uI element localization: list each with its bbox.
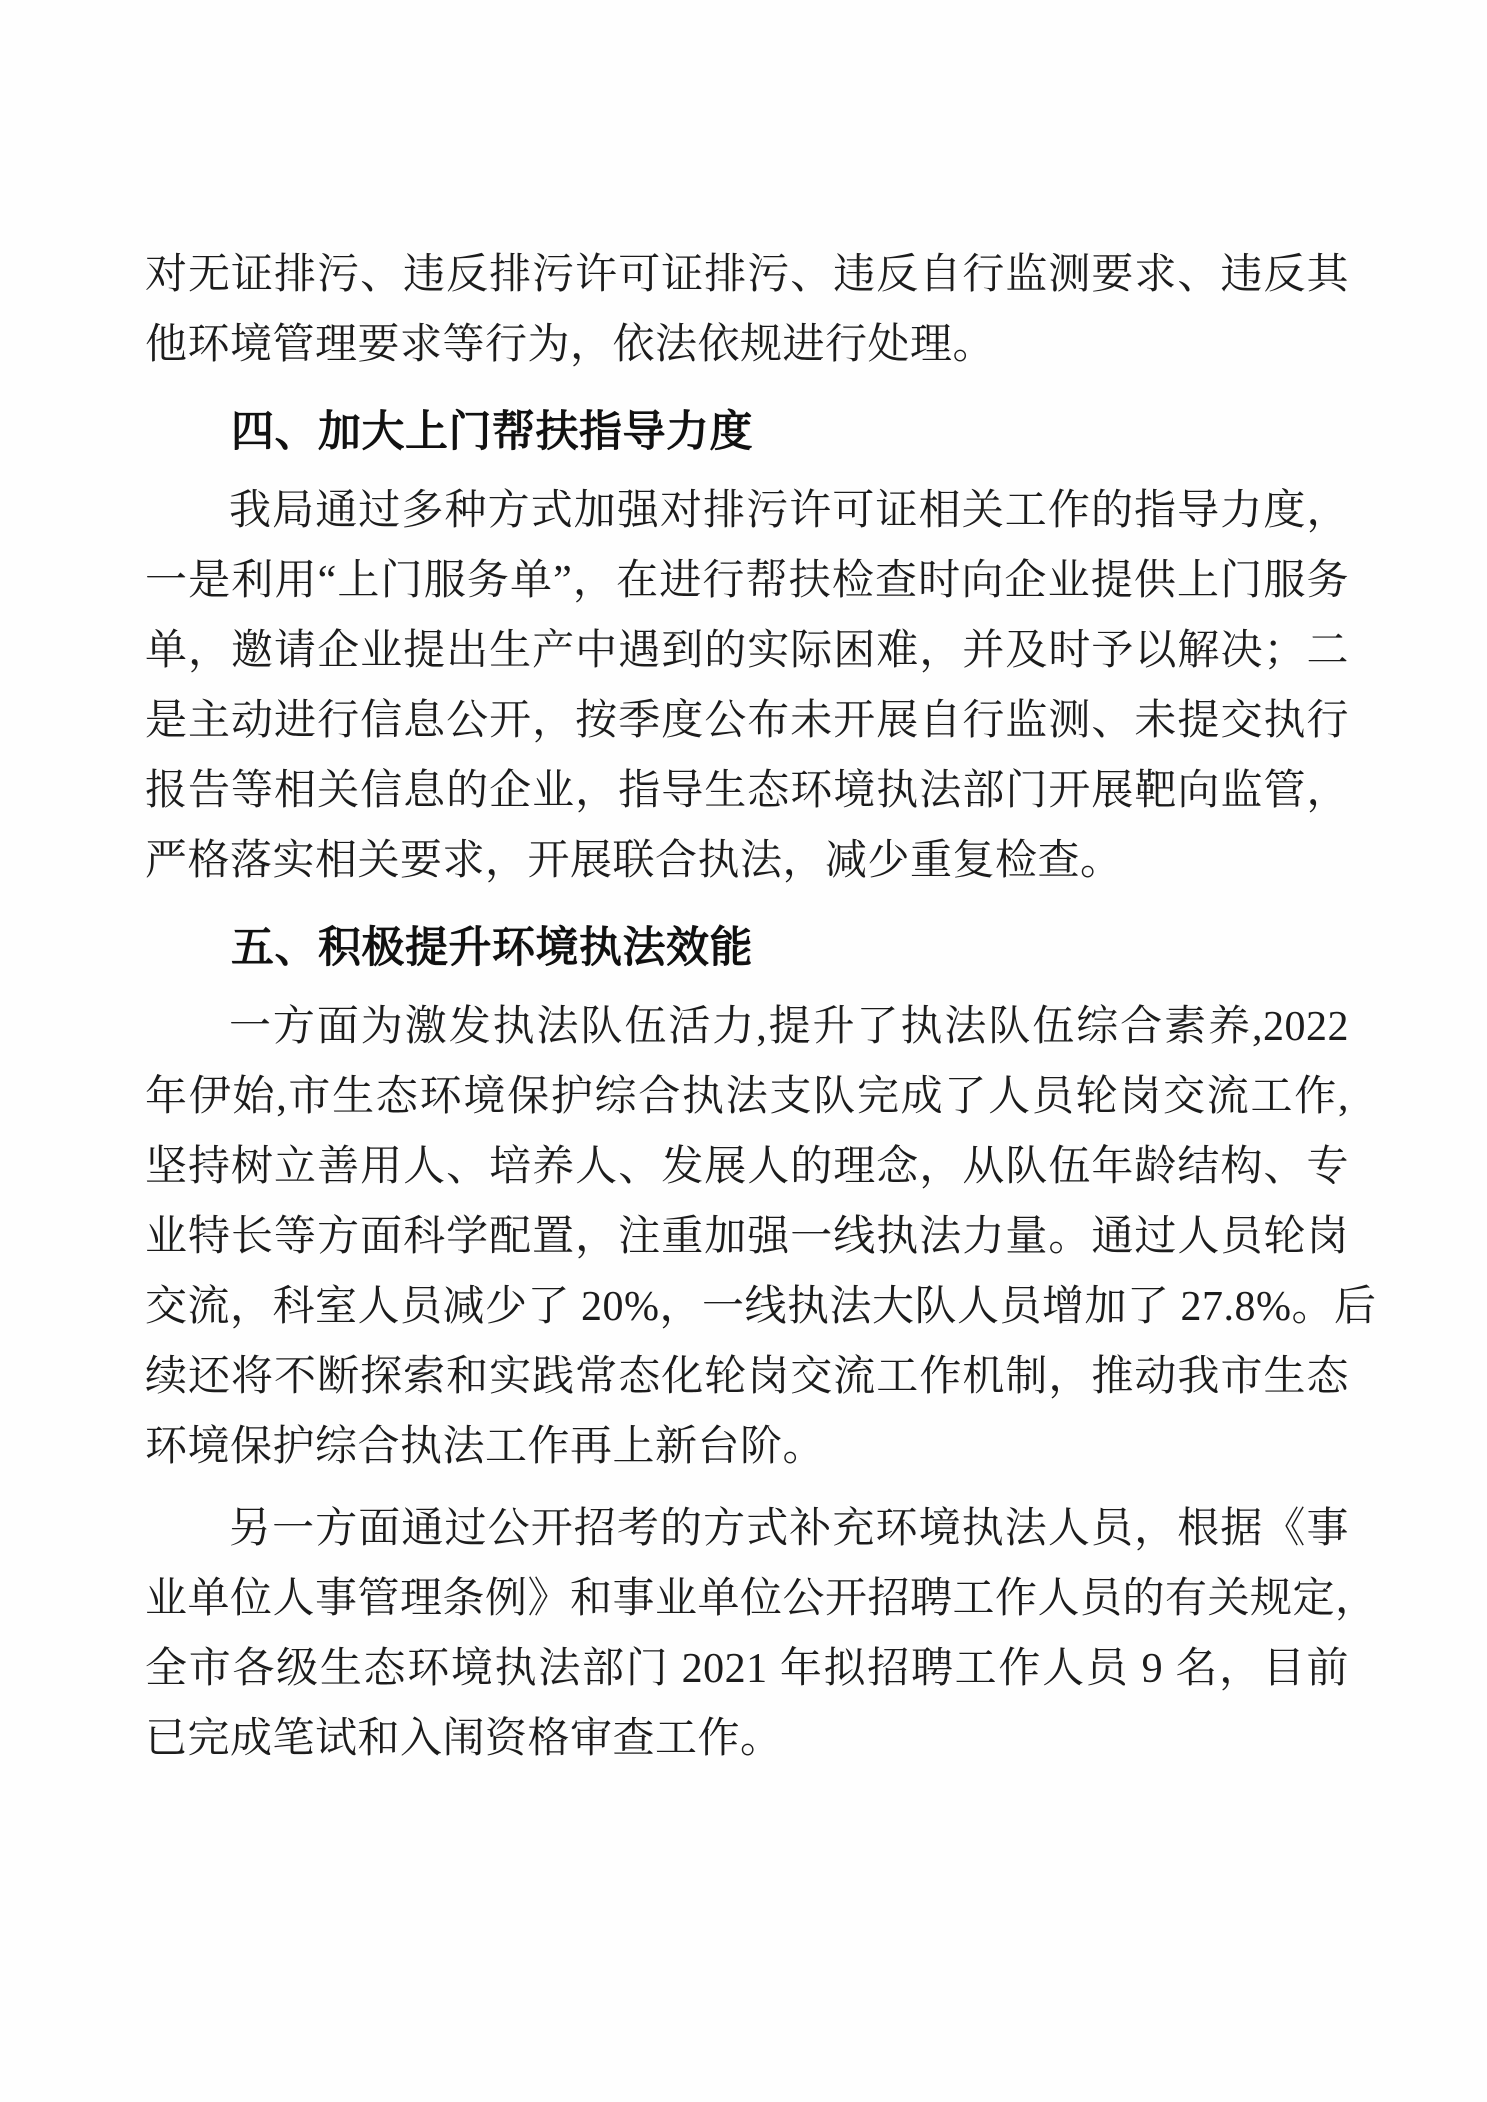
- text-line: 全市各级生态环境执法部门 2021 年拟招聘工作人员 9 名，目前: [145, 1634, 1349, 1704]
- text-line: 交流，科室人员减少了 20%，一线执法大队人员增加了 27.8%。后: [145, 1272, 1349, 1342]
- text-line: 环境保护综合执法工作再上新台阶。: [145, 1412, 1349, 1482]
- section-heading-4: 四、加大上门帮扶指导力度: [145, 398, 1349, 468]
- text-line: 坚持树立善用人、培养人、发展人的理念，从队伍年龄结构、专: [145, 1132, 1349, 1202]
- paragraph-section-4: 我局通过多种方式加强对排污许可证相关工作的指导力度，一是利用“上门服务单”，在进…: [145, 476, 1349, 896]
- text-line: 他环境管理要求等行为，依法依规进行处理。: [145, 310, 1349, 380]
- text-line: 业特长等方面科学配置，注重加强一线执法力量。通过人员轮岗: [145, 1202, 1349, 1272]
- text-line: 是主动进行信息公开，按季度公布未开展自行监测、未提交执行: [145, 686, 1349, 756]
- paragraph-section-5a: 一方面为激发执法队伍活力,提升了执法队伍综合素养,2022年伊始,市生态环境保护…: [145, 992, 1349, 1482]
- text-line: 另一方面通过公开招考的方式补充环境执法人员，根据《事: [145, 1494, 1349, 1564]
- document-body: 对无证排污、违反排污许可证排污、违反自行监测要求、违反其他环境管理要求等行为，依…: [145, 240, 1349, 1774]
- text-line: 已完成笔试和入闱资格审查工作。: [145, 1704, 1349, 1774]
- text-line: 年伊始,市生态环境保护综合执法支队完成了人员轮岗交流工作,: [145, 1062, 1349, 1132]
- text-line: 严格落实相关要求，开展联合执法，减少重复检查。: [145, 826, 1349, 896]
- text-line: 一方面为激发执法队伍活力,提升了执法队伍综合素养,2022: [145, 992, 1349, 1062]
- text-line: 业单位人事管理条例》和事业单位公开招聘工作人员的有关规定，: [145, 1564, 1349, 1634]
- text-line: 单，邀请企业提出生产中遇到的实际困难，并及时予以解决；二: [145, 616, 1349, 686]
- section-heading-5: 五、积极提升环境执法效能: [145, 914, 1349, 984]
- text-line: 续还将不断探索和实践常态化轮岗交流工作机制，推动我市生态: [145, 1342, 1349, 1412]
- text-line: 对无证排污、违反排污许可证排污、违反自行监测要求、违反其: [145, 240, 1349, 310]
- text-line: 报告等相关信息的企业，指导生态环境执法部门开展靶向监管，: [145, 756, 1349, 826]
- paragraph-continuation: 对无证排污、违反排污许可证排污、违反自行监测要求、违反其他环境管理要求等行为，依…: [145, 240, 1349, 380]
- paragraph-section-5b: 另一方面通过公开招考的方式补充环境执法人员，根据《事业单位人事管理条例》和事业单…: [145, 1494, 1349, 1774]
- document-page: 对无证排污、违反排污许可证排污、违反自行监测要求、违反其他环境管理要求等行为，依…: [0, 0, 1487, 2102]
- text-line: 一是利用“上门服务单”，在进行帮扶检查时向企业提供上门服务: [145, 546, 1349, 616]
- text-line: 我局通过多种方式加强对排污许可证相关工作的指导力度，: [145, 476, 1349, 546]
